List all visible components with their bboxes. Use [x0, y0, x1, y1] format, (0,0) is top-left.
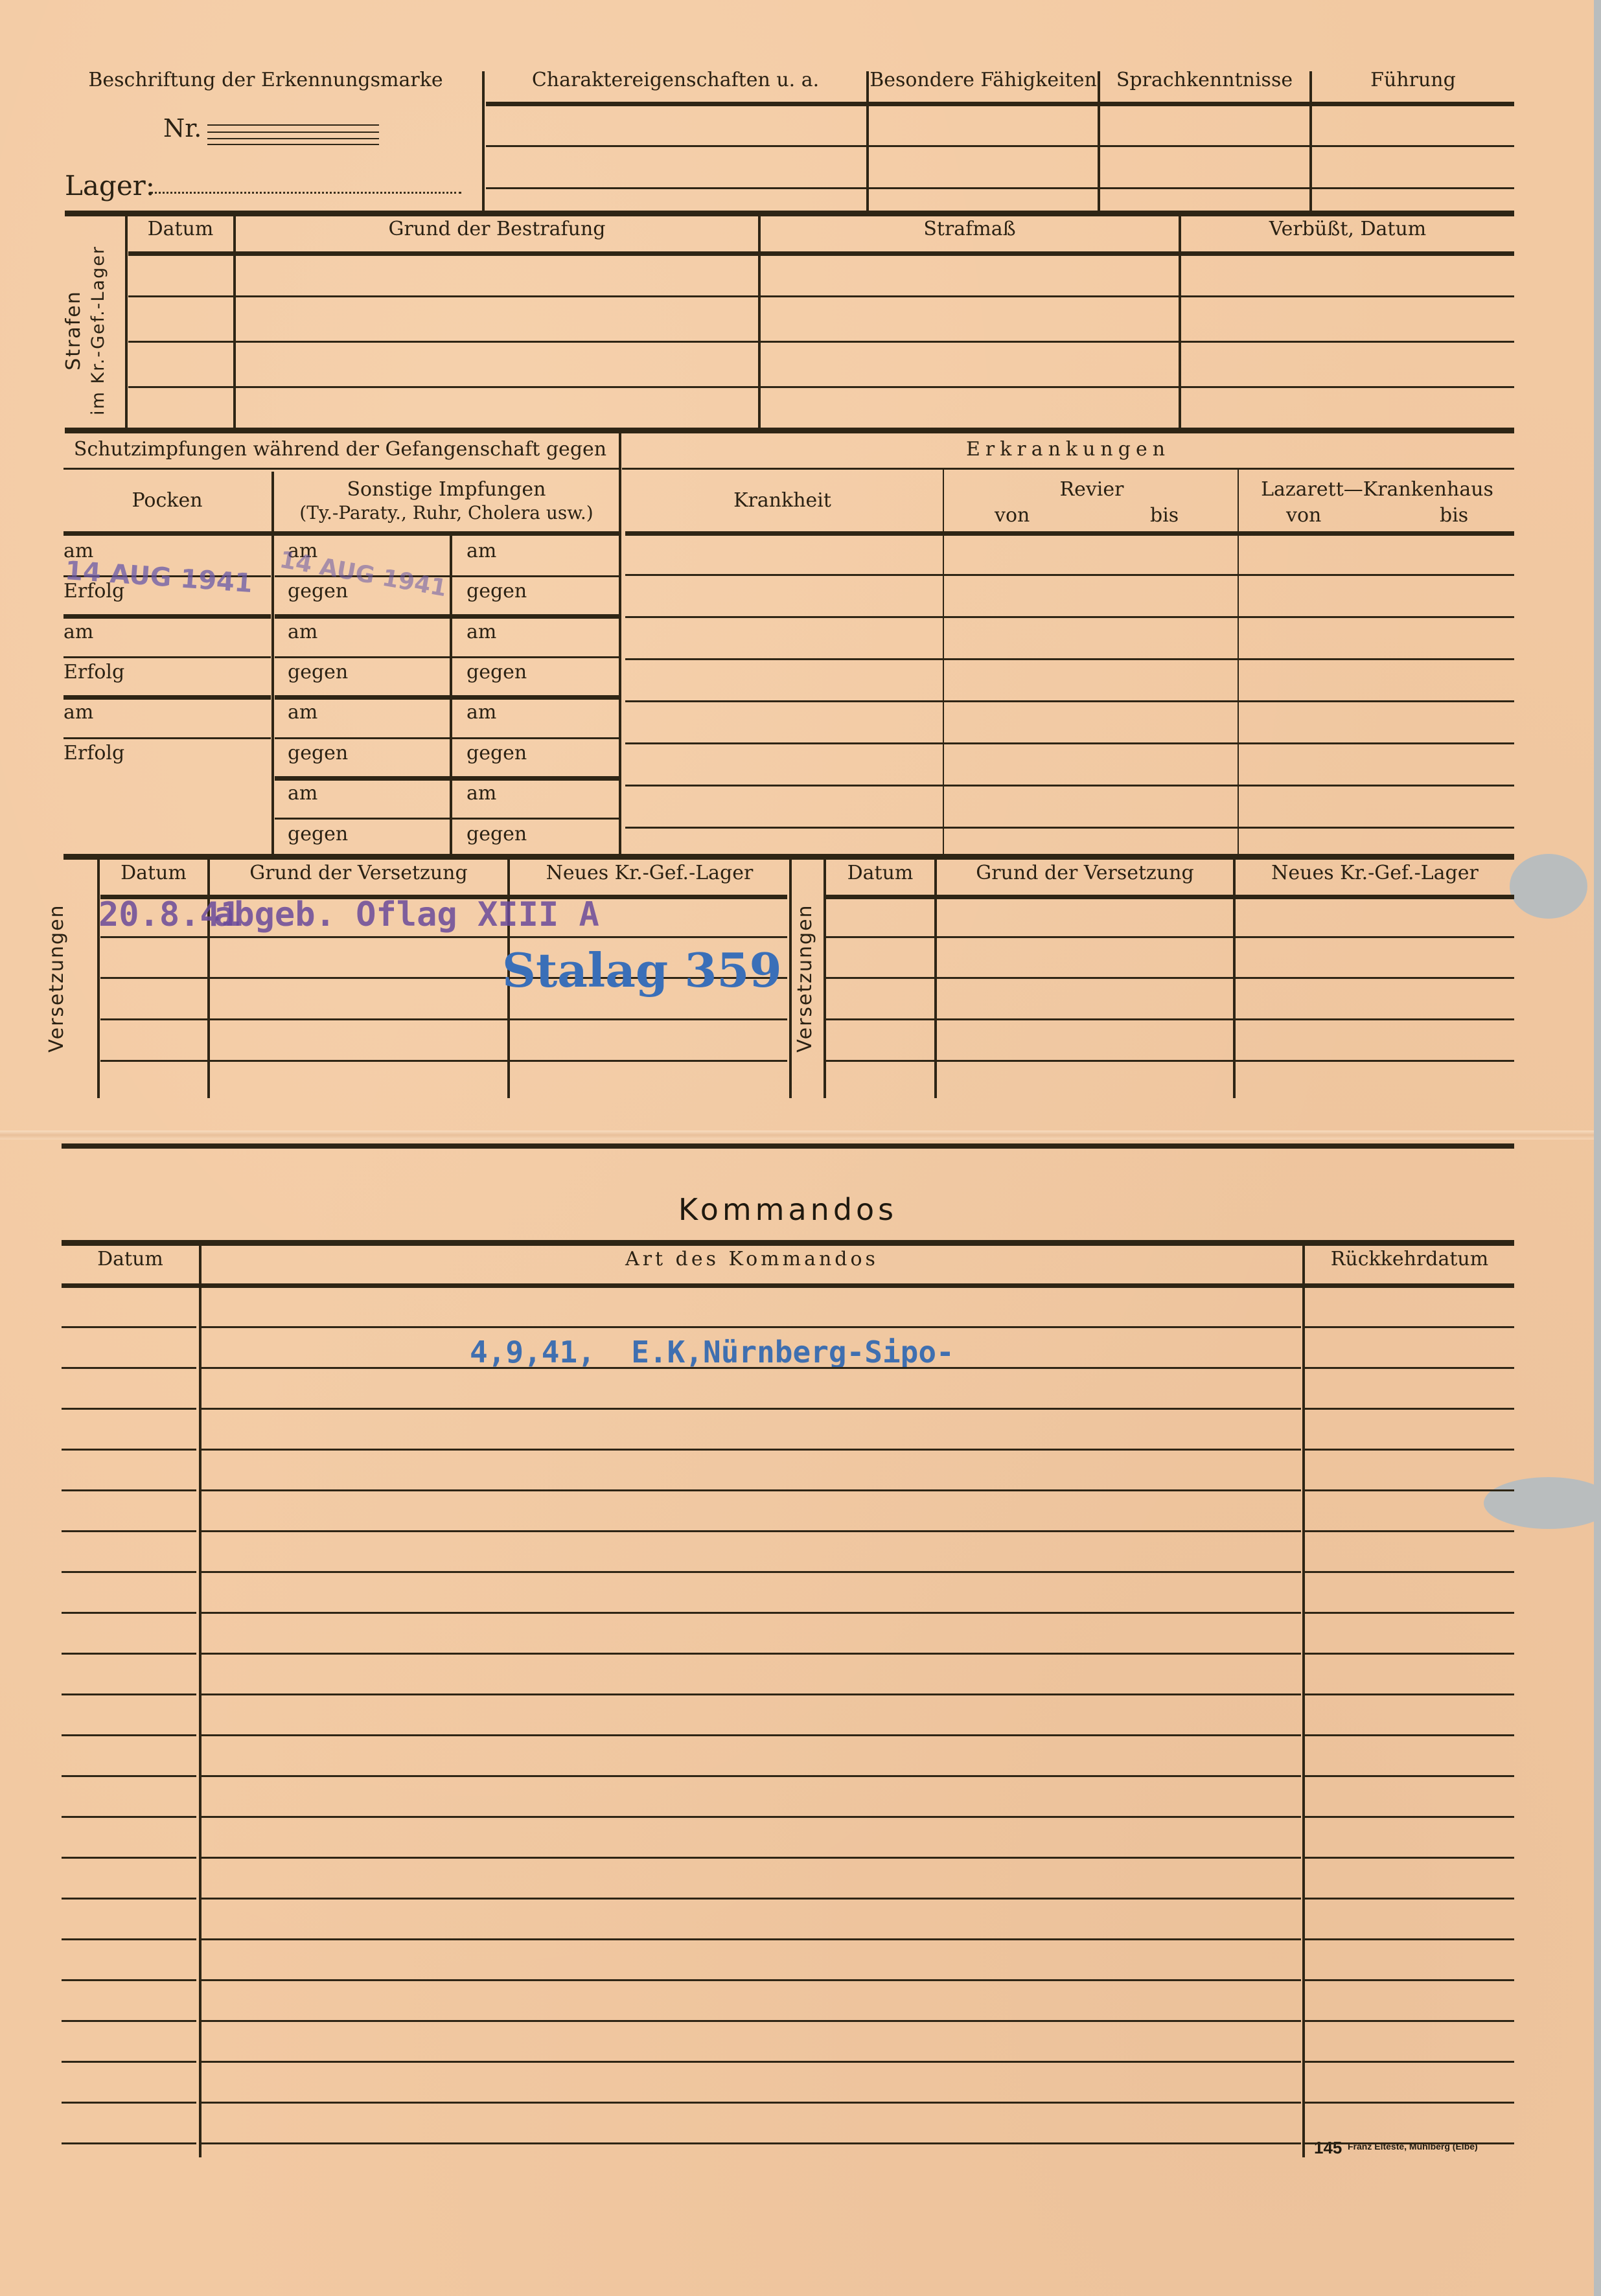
rule — [63, 531, 619, 536]
lazarett-von: von — [1286, 504, 1321, 527]
rule — [1305, 2020, 1514, 2022]
rule — [275, 614, 619, 619]
rule — [202, 1367, 1301, 1369]
rule — [202, 1816, 1301, 1818]
lager-field[interactable] — [150, 192, 461, 194]
divider — [866, 71, 869, 212]
rule — [1305, 1408, 1514, 1410]
rule — [275, 695, 619, 700]
rule — [100, 1060, 787, 1062]
rule — [625, 658, 1514, 660]
pocken-erfolg: Erfolg — [63, 742, 124, 764]
col-neues-lager-2: Neues Kr.-Gef.-Lager — [1236, 862, 1514, 884]
record-card: Beschriftung der Erkennungsmarke Nr. Lag… — [0, 0, 1594, 2296]
rule — [62, 2142, 196, 2144]
rule — [202, 1775, 1301, 1777]
sonstige2-gegen: gegen — [466, 742, 527, 764]
divider — [758, 216, 761, 431]
rule — [1305, 2142, 1514, 2144]
sonstige2-am: am — [466, 621, 496, 643]
divider — [1309, 71, 1312, 212]
rule — [202, 1530, 1301, 1532]
rule — [275, 737, 619, 739]
col-datum: Datum — [128, 218, 233, 240]
versetzungen-side-label-right: Versetzungen — [794, 881, 820, 1075]
rule — [625, 742, 1514, 744]
rule — [1305, 1734, 1514, 1736]
versetzungen-side-label-left: Versetzungen — [45, 881, 71, 1075]
divider — [482, 71, 485, 212]
punch-notch-upper — [1510, 854, 1587, 919]
divider — [789, 860, 792, 1098]
kommando-entry: 4,9,41, E.K,Nürnberg-Sipo- — [470, 1335, 954, 1370]
divider — [271, 472, 274, 855]
rule — [202, 1489, 1301, 1491]
lager-label: Lager: — [65, 170, 155, 201]
rule — [63, 614, 271, 619]
rule — [62, 1449, 196, 1451]
rule — [62, 1816, 196, 1818]
impfungen-header: Schutzimpfungen während der Gefangenscha… — [62, 438, 619, 461]
col-strafmass: Strafmaß — [761, 218, 1179, 240]
rule — [275, 656, 619, 658]
rule — [1305, 1938, 1514, 1940]
new-camp-stamp: Stalag 359 — [502, 943, 782, 998]
divider — [619, 433, 621, 855]
rule — [62, 1653, 196, 1655]
col-lazarett: Lazarett—Krankenhaus — [1240, 478, 1514, 501]
rule — [62, 1979, 196, 1981]
rule — [62, 1612, 196, 1614]
rule — [1305, 1816, 1514, 1818]
lazarett-bis: bis — [1440, 504, 1468, 527]
rule — [486, 145, 1514, 147]
col-neues-lager: Neues Kr.-Gef.-Lager — [510, 862, 789, 884]
rule — [128, 295, 1514, 297]
rule — [202, 1449, 1301, 1451]
rule — [486, 187, 1514, 189]
rule — [625, 616, 1514, 618]
rule — [826, 895, 1514, 899]
nr-line — [207, 144, 379, 145]
col-datum-2: Datum — [826, 862, 934, 884]
rule — [1305, 1612, 1514, 1614]
rule — [63, 656, 271, 658]
col-grund-versetzung-2: Grund der Versetzung — [937, 862, 1233, 884]
rule — [62, 1938, 196, 1940]
rule — [202, 2020, 1301, 2022]
revier-bis: bis — [1150, 504, 1179, 527]
divider — [233, 216, 236, 431]
kommandos-title: Kommandos — [62, 1192, 1514, 1227]
col-datum: Datum — [62, 1248, 199, 1270]
rule — [62, 1240, 1514, 1246]
rule — [62, 1283, 1514, 1288]
rule — [202, 1693, 1301, 1695]
sonstige2-am: am — [466, 540, 496, 562]
sonstige2-gegen: gegen — [466, 661, 527, 683]
rule — [202, 2061, 1301, 2063]
rule — [826, 1018, 1514, 1020]
rule — [275, 818, 619, 820]
col-verbuesst: Verbüßt, Datum — [1181, 218, 1514, 240]
rule — [202, 1326, 1301, 1328]
rule — [202, 1857, 1301, 1859]
rule — [1305, 2102, 1514, 2104]
rule — [202, 1734, 1301, 1736]
divider — [1098, 71, 1100, 212]
col-charakter: Charaktereigenschaften u. a. — [486, 69, 865, 91]
col-krankheit: Krankheit — [622, 489, 943, 512]
rule — [1305, 1489, 1514, 1491]
divider — [1179, 216, 1181, 431]
rule — [1305, 1571, 1514, 1573]
divider — [943, 470, 944, 855]
rule — [1305, 1979, 1514, 1981]
rule — [62, 1775, 196, 1777]
revier-von: von — [995, 504, 1030, 527]
col-sonstige-sub: (Ty.-Paraty., Ruhr, Cholera usw.) — [275, 502, 618, 523]
rule — [202, 1612, 1301, 1614]
col-sprachkenntnisse: Sprachkenntnisse — [1100, 69, 1309, 91]
rule — [275, 776, 619, 781]
rule — [62, 1489, 196, 1491]
rule — [826, 977, 1514, 979]
rule — [625, 827, 1514, 829]
pocken-erfolg: Erfolg — [63, 661, 124, 683]
col-pocken: Pocken — [63, 489, 271, 512]
rule — [625, 785, 1514, 786]
rule — [62, 1408, 196, 1410]
rule — [62, 2020, 196, 2022]
rule — [1305, 1530, 1514, 1532]
rule — [1305, 1326, 1514, 1328]
rule — [202, 1938, 1301, 1940]
rule — [1305, 2061, 1514, 2063]
rule — [202, 2142, 1301, 2144]
rule — [826, 936, 1514, 938]
sonstige-gegen: gegen — [288, 661, 348, 683]
rule — [202, 2102, 1301, 2104]
erkennungsmarke-label: Beschriftung der Erkennungsmarke — [78, 69, 454, 91]
col-faehigkeiten: Besondere Fähigkeiten — [868, 69, 1098, 91]
rule — [1305, 1367, 1514, 1369]
rule — [1305, 1449, 1514, 1451]
rule — [100, 936, 787, 938]
rule — [202, 1408, 1301, 1410]
rule — [65, 428, 1514, 433]
col-datum: Datum — [100, 862, 207, 884]
transfer-reason-stamp: abgeb. Oflag XIII A — [214, 895, 599, 934]
pocken-am: am — [63, 621, 93, 643]
rule — [62, 1530, 196, 1532]
punch-notch-lower — [1484, 1477, 1601, 1529]
rule — [1305, 1693, 1514, 1695]
rule — [622, 468, 1514, 470]
rule — [1305, 1775, 1514, 1777]
rule — [128, 251, 1514, 256]
col-fuehrung: Führung — [1312, 69, 1514, 91]
rule — [202, 1898, 1301, 1900]
rule — [65, 211, 1514, 216]
rule — [62, 1367, 196, 1369]
rule — [625, 531, 1514, 536]
form-number: 145 — [1314, 2138, 1342, 2158]
rule — [62, 1143, 1514, 1149]
col-revier: Revier — [946, 478, 1238, 501]
sonstige2-am: am — [466, 701, 496, 724]
rule — [62, 1326, 196, 1328]
rule — [62, 2061, 196, 2063]
rule — [202, 1979, 1301, 1981]
rule — [486, 102, 1514, 106]
sonstige2-gegen: gegen — [466, 823, 527, 845]
rule — [202, 1653, 1301, 1655]
strafen-side-label: Strafen im Kr.-Gef.-Lager — [62, 224, 113, 437]
rule — [62, 1857, 196, 1859]
rule — [62, 1898, 196, 1900]
col-sonstige: Sonstige Impfungen — [275, 478, 618, 501]
sonstige-gegen: gegen — [288, 823, 348, 845]
divider — [1238, 470, 1239, 855]
rule — [63, 737, 271, 739]
nr-line — [207, 124, 379, 126]
rule — [202, 1571, 1301, 1573]
rule — [128, 341, 1514, 343]
col-rueckkehrdatum: Rückkehrdatum — [1305, 1248, 1514, 1270]
divider — [125, 216, 128, 431]
col-grund-versetzung: Grund der Versetzung — [210, 862, 507, 884]
rule — [62, 1734, 196, 1736]
rule — [63, 468, 619, 470]
rule — [128, 386, 1514, 388]
sonstige-gegen: gegen — [288, 742, 348, 764]
rule — [1305, 1857, 1514, 1859]
sonstige2-gegen: gegen — [466, 580, 527, 603]
rule — [62, 1693, 196, 1695]
pocken-am: am — [63, 701, 93, 724]
rule — [100, 1018, 787, 1020]
rule — [62, 1571, 196, 1573]
sonstige-am: am — [288, 701, 317, 724]
nr-label: Nr. — [163, 114, 202, 143]
rule — [625, 700, 1514, 702]
sonstige-am: am — [288, 782, 317, 805]
nr-line — [207, 138, 379, 139]
rule — [1305, 1898, 1514, 1900]
rule — [1305, 1653, 1514, 1655]
nr-line — [207, 132, 379, 133]
erkrankungen-header: Erkrankungen — [622, 438, 1514, 461]
rule — [63, 854, 1514, 860]
col-art-kommandos: Art des Kommandos — [202, 1248, 1302, 1270]
col-grund-bestrafung: Grund der Bestrafung — [236, 218, 758, 240]
rule — [63, 695, 271, 700]
rule — [62, 2102, 196, 2104]
fold-crease — [0, 1131, 1594, 1140]
sonstige2-am: am — [466, 782, 496, 805]
sonstige-am: am — [288, 621, 317, 643]
rule — [625, 574, 1514, 576]
rule — [826, 1060, 1514, 1062]
